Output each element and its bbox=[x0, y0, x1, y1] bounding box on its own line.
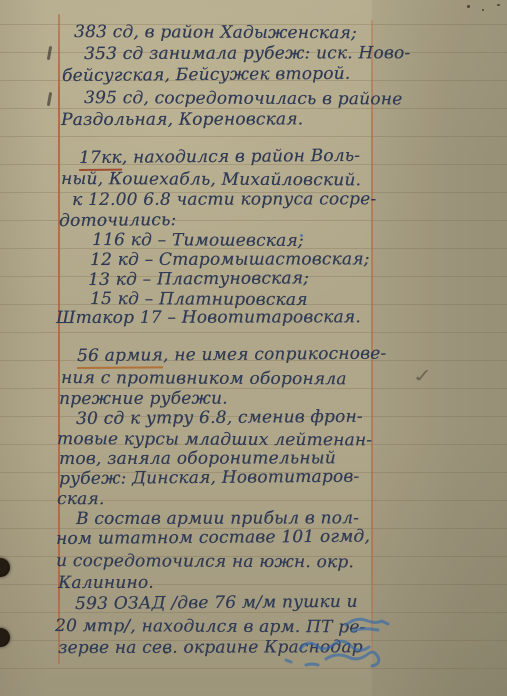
manuscript-page: 383 сд, в район Хадыженская;353 сд заним… bbox=[0, 0, 507, 696]
handwritten-text-layer: 383 сд, в район Хадыженская;353 сд заним… bbox=[0, 0, 507, 696]
text-line: 12 кд – Старомышастовская; bbox=[90, 249, 370, 270]
text-line: зерве на сев. окраине Краснодар bbox=[58, 637, 363, 658]
text-line: прежние рубежи. bbox=[59, 389, 228, 409]
ink-speck bbox=[482, 9, 484, 11]
text-line: Штакор 17 – Новотитаровская. bbox=[56, 307, 361, 328]
text-line: доточились: bbox=[59, 210, 177, 231]
underlined-text: 56 армия bbox=[77, 345, 163, 369]
text-line: 30 сд к утру 6.8, сменив фрон- bbox=[76, 407, 363, 429]
text-line: 13 кд – Пластуновская; bbox=[88, 268, 309, 290]
text-line: 395 сд, сосредоточилась в районе bbox=[84, 88, 402, 109]
text-line: ская. bbox=[57, 489, 105, 509]
text-line: рубеж: Динская, Новотитаров- bbox=[59, 467, 360, 489]
text-line: 17кк, находился в район Воль- bbox=[79, 146, 360, 168]
text-line: бейсугская, Бейсужек второй. bbox=[62, 64, 351, 86]
text-line: Раздольная, Кореновская. bbox=[61, 109, 303, 130]
text-line: 56 армия, не имея соприкоснове- bbox=[77, 344, 387, 366]
text-line: и сосредоточился на южн. окр. bbox=[56, 551, 354, 572]
underlined-text: 17кк bbox=[79, 148, 122, 171]
text-line: тов, заняла оборонительный bbox=[59, 448, 336, 469]
ink-speck bbox=[467, 5, 470, 8]
text-line: 116 кд – Тимошевская; bbox=[92, 230, 304, 251]
text-line: 593 ОЗАД /две 76 м/м пушки и bbox=[75, 592, 358, 614]
ink-speck bbox=[497, 4, 500, 6]
text-line: 383 сд, в район Хадыженская; bbox=[74, 22, 357, 43]
text-line: 353 сд занимала рубеж: иск. Ново- bbox=[84, 43, 410, 64]
text-line: Калинино. bbox=[58, 573, 154, 593]
text-line: 20 мтр/, находился в арм. ПТ ре- bbox=[55, 616, 366, 637]
blue-dot bbox=[300, 234, 303, 237]
text-line: В состав армии прибыл в пол- bbox=[76, 508, 359, 529]
pencil-checkmark: ✓ bbox=[410, 364, 434, 386]
text-line: товые курсы младших лейтенан- bbox=[57, 429, 372, 450]
text-line: ном штатном составе 101 огмд, bbox=[56, 527, 370, 549]
text-line: ния с противником обороняла bbox=[61, 368, 347, 389]
ink-speck bbox=[164, 651, 168, 654]
text-line: к 12.00 6.8 части корпуса сосре- bbox=[72, 189, 376, 210]
text-line: ный, Кошехабль, Михайловский. bbox=[61, 169, 361, 190]
